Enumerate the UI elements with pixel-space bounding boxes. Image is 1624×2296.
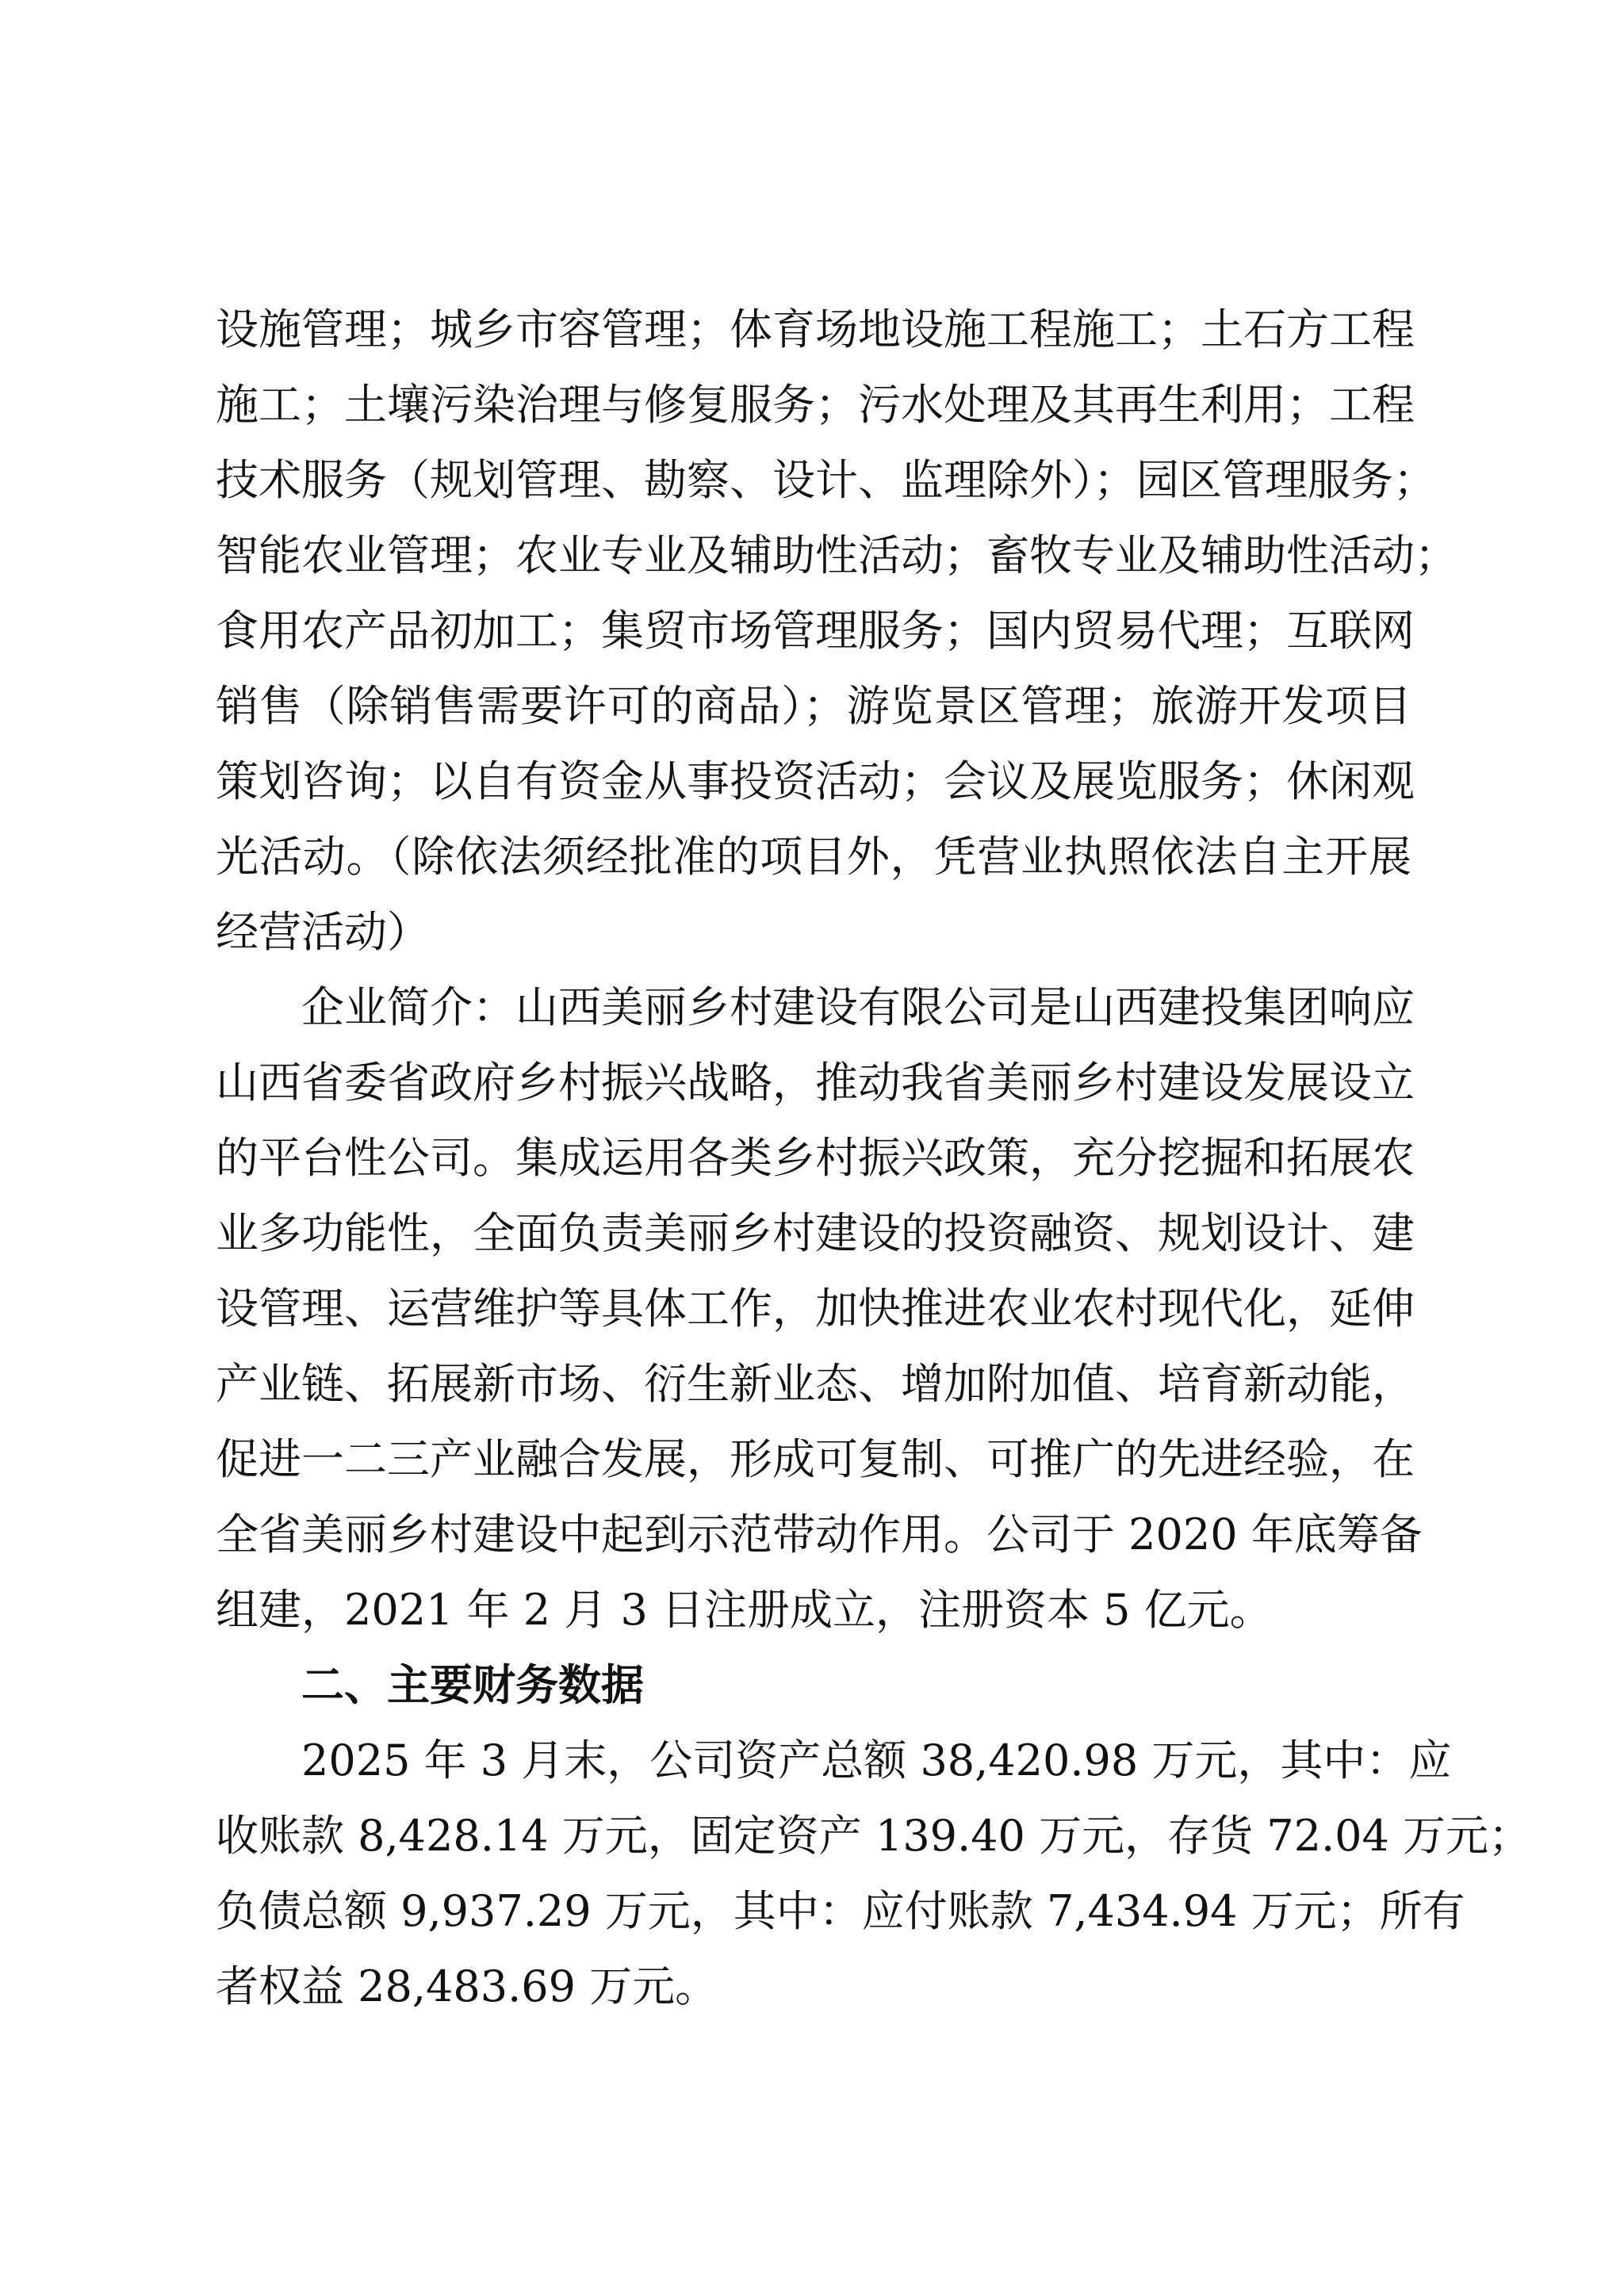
text-line: 者权益 28,483.69 万元。 [216,1949,1411,2024]
text-line: 组建，2021 年 2 月 3 日注册成立，注册资本 5 亿元。 [216,1572,1411,1647]
text-line: 全省美丽乡村建设中起到示范带动作用。公司于 2020 年底筹备 [216,1497,1411,1572]
text-line: 山西省委省政府乡村振兴战略，推动我省美丽乡村建设发展设立 [216,1045,1411,1120]
text-line: 技术服务（规划管理、勘察、设计、监理除外）；园区管理服务； [216,442,1411,518]
text-line: 施工；土壤污染治理与修复服务；污水处理及其再生利用；工程 [216,367,1411,442]
text-line: 促进一二三产业融合发展，形成可复制、可推广的先进经验，在 [216,1422,1411,1497]
text-line: 的平台性公司。集成运用各类乡村振兴政策，充分挖掘和拓展农 [216,1120,1411,1196]
text-line: 企业简介：山西美丽乡村建设有限公司是山西建投集团响应 [301,970,1411,1045]
text-line: 收账款 8,428.14 万元，固定资产 139.40 万元，存货 72.04 … [216,1798,1411,1873]
text-line: 负债总额 9,937.29 万元，其中：应付账款 7,434.94 万元；所有 [216,1873,1411,1949]
text-line: 销售（除销售需要许可的商品）；游览景区管理；旅游开发项目 [216,668,1411,744]
document-page: 设施管理；城乡市容管理；体育场地设施工程施工；土石方工程 施工；土壤污染治理与修… [0,0,1624,2296]
text-line: 光活动。（除依法须经批准的项目外，凭营业执照依法自主开展 [216,819,1411,894]
text-line: 产业链、拓展新市场、衍生新业态、增加附加值、培育新动能， [216,1346,1411,1422]
text-line: 策划咨询；以自有资金从事投资活动；会议及展览服务；休闲观 [216,744,1411,819]
text-line: 设施管理；城乡市容管理；体育场地设施工程施工；土石方工程 [216,292,1411,367]
text-line: 食用农产品初加工；集贸市场管理服务；国内贸易代理；互联网 [216,593,1411,668]
text-line: 业多功能性，全面负责美丽乡村建设的投资融资、规划设计、建 [216,1196,1411,1271]
text-line: 智能农业管理；农业专业及辅助性活动；畜牧专业及辅助性活动； [216,518,1411,593]
text-line: 经营活动） [216,894,1411,970]
text-line: 设管理、运营维护等具体工作，加快推进农业农村现代化，延伸 [216,1271,1411,1346]
text-line: 2025 年 3 月末，公司资产总额 38,420.98 万元，其中：应 [301,1723,1411,1798]
section-heading: 二、主要财务数据 [301,1647,1411,1723]
